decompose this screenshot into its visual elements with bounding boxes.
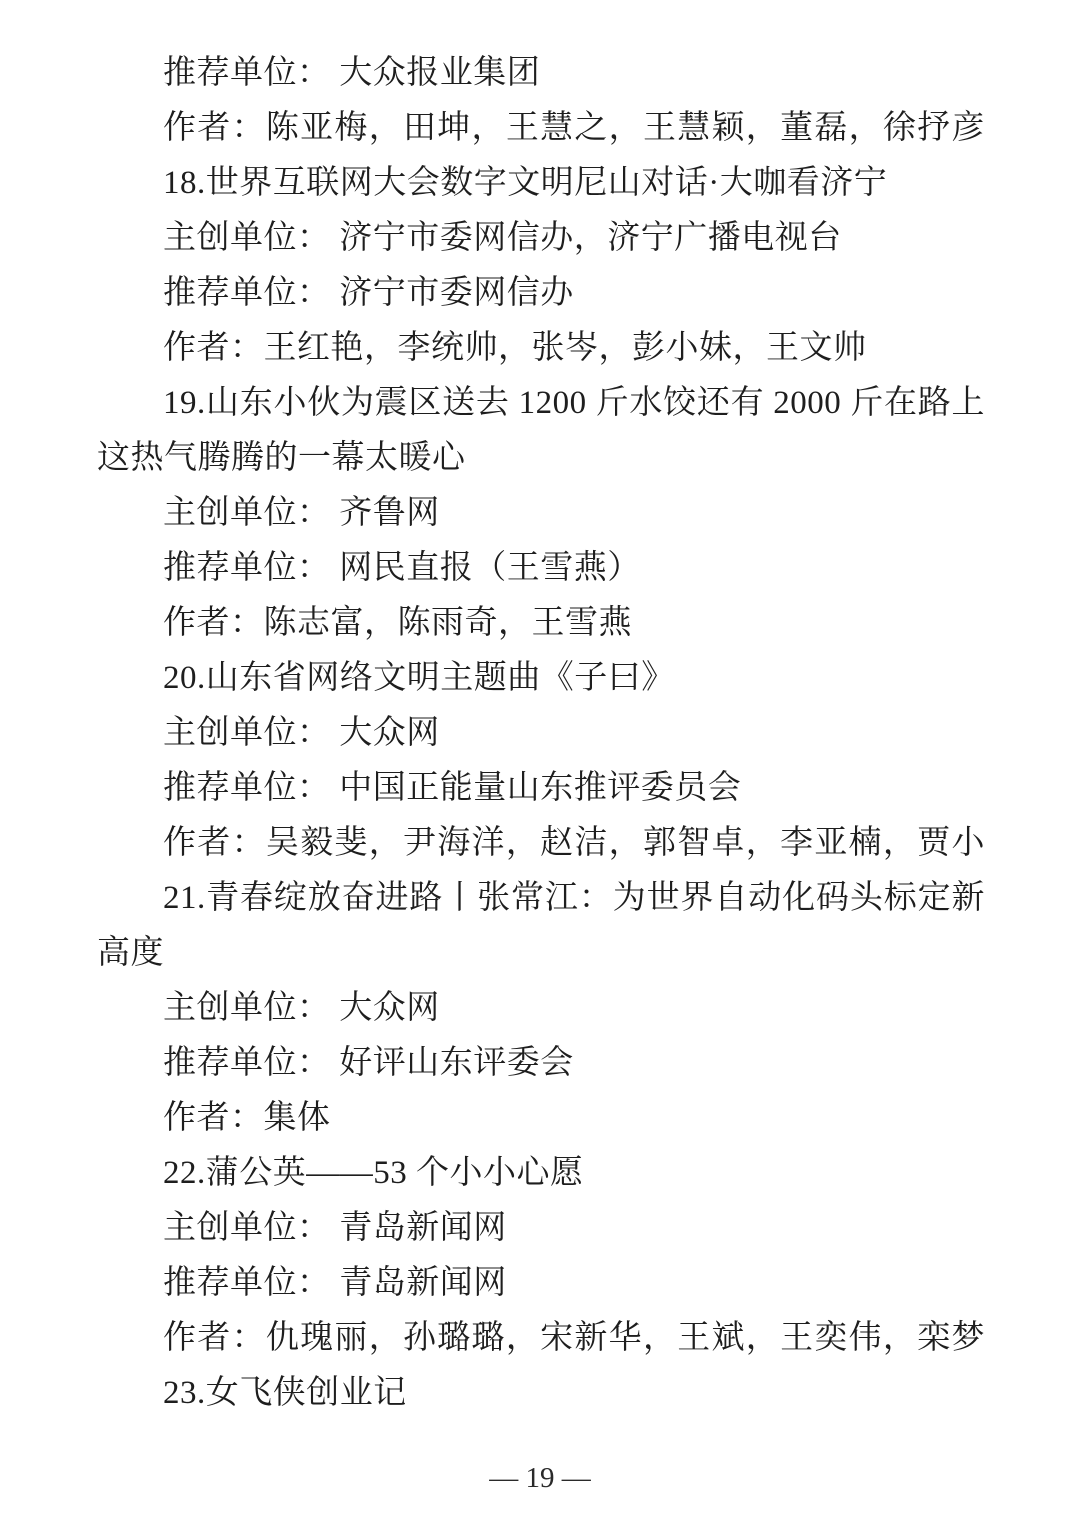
field-line-authors: 作者：陈亚梅，田坤，王慧之，王慧颖，董磊，徐抒彦 <box>97 101 985 156</box>
entry-19-title-line-1: 19.山东小伙为震区送去 1200 斤水饺还有 2000 斤在路上 <box>97 376 985 431</box>
field-line-recommender: 推荐单位： 济宁市委网信办 <box>97 266 985 321</box>
field-line-authors: 作者：王红艳，李统帅，张岑，彭小妹，王文帅 <box>97 321 985 376</box>
field-line-recommender: 推荐单位： 大众报业集团 <box>97 46 985 101</box>
field-line-recommender: 推荐单位： 中国正能量山东推评委员会 <box>97 761 985 816</box>
field-line-recommender: 推荐单位： 网民直报（王雪燕） <box>97 541 985 596</box>
field-line-authors: 作者：仇瑰丽，孙璐璐，宋新华，王斌，王奕伟，栾梦雨 <box>97 1311 985 1366</box>
field-line-recommender: 推荐单位： 青岛新闻网 <box>97 1256 985 1311</box>
entry-19-title-line-2: 这热气腾腾的一幕太暖心 <box>97 431 985 486</box>
document-body: 推荐单位： 大众报业集团 作者：陈亚梅，田坤，王慧之，王慧颖，董磊，徐抒彦 18… <box>97 46 985 1421</box>
field-line-creator: 主创单位： 青岛新闻网 <box>97 1201 985 1256</box>
entry-21-title-line-2: 高度 <box>97 926 985 981</box>
field-line-creator: 主创单位： 齐鲁网 <box>97 486 985 541</box>
entry-21-title-line-1: 21.青春绽放奋进路丨张常江：为世界自动化码头标定新 <box>97 871 985 926</box>
field-line-recommender: 推荐单位： 好评山东评委会 <box>97 1036 985 1091</box>
page-number: — 19 — <box>0 1452 1080 1504</box>
field-line-creator: 主创单位： 大众网 <box>97 706 985 761</box>
field-line-authors: 作者：吴毅斐，尹海洋，赵洁，郭智卓，李亚楠，贾小亿 <box>97 816 985 871</box>
field-line-creator: 主创单位： 大众网 <box>97 981 985 1036</box>
document-page: 推荐单位： 大众报业集团 作者：陈亚梅，田坤，王慧之，王慧颖，董磊，徐抒彦 18… <box>0 0 1080 1536</box>
field-line-authors: 作者：集体 <box>97 1091 985 1146</box>
entry-20-title: 20.山东省网络文明主题曲《子曰》 <box>97 651 985 706</box>
entry-22-title: 22.蒲公英——53 个小小心愿 <box>97 1146 985 1201</box>
field-line-creator: 主创单位： 济宁市委网信办，济宁广播电视台 <box>97 211 985 266</box>
entry-23-title: 23.女飞侠创业记 <box>97 1366 985 1421</box>
field-line-authors: 作者：陈志富，陈雨奇，王雪燕 <box>97 596 985 651</box>
entry-18-title: 18.世界互联网大会数字文明尼山对话·大咖看济宁 <box>97 156 985 211</box>
